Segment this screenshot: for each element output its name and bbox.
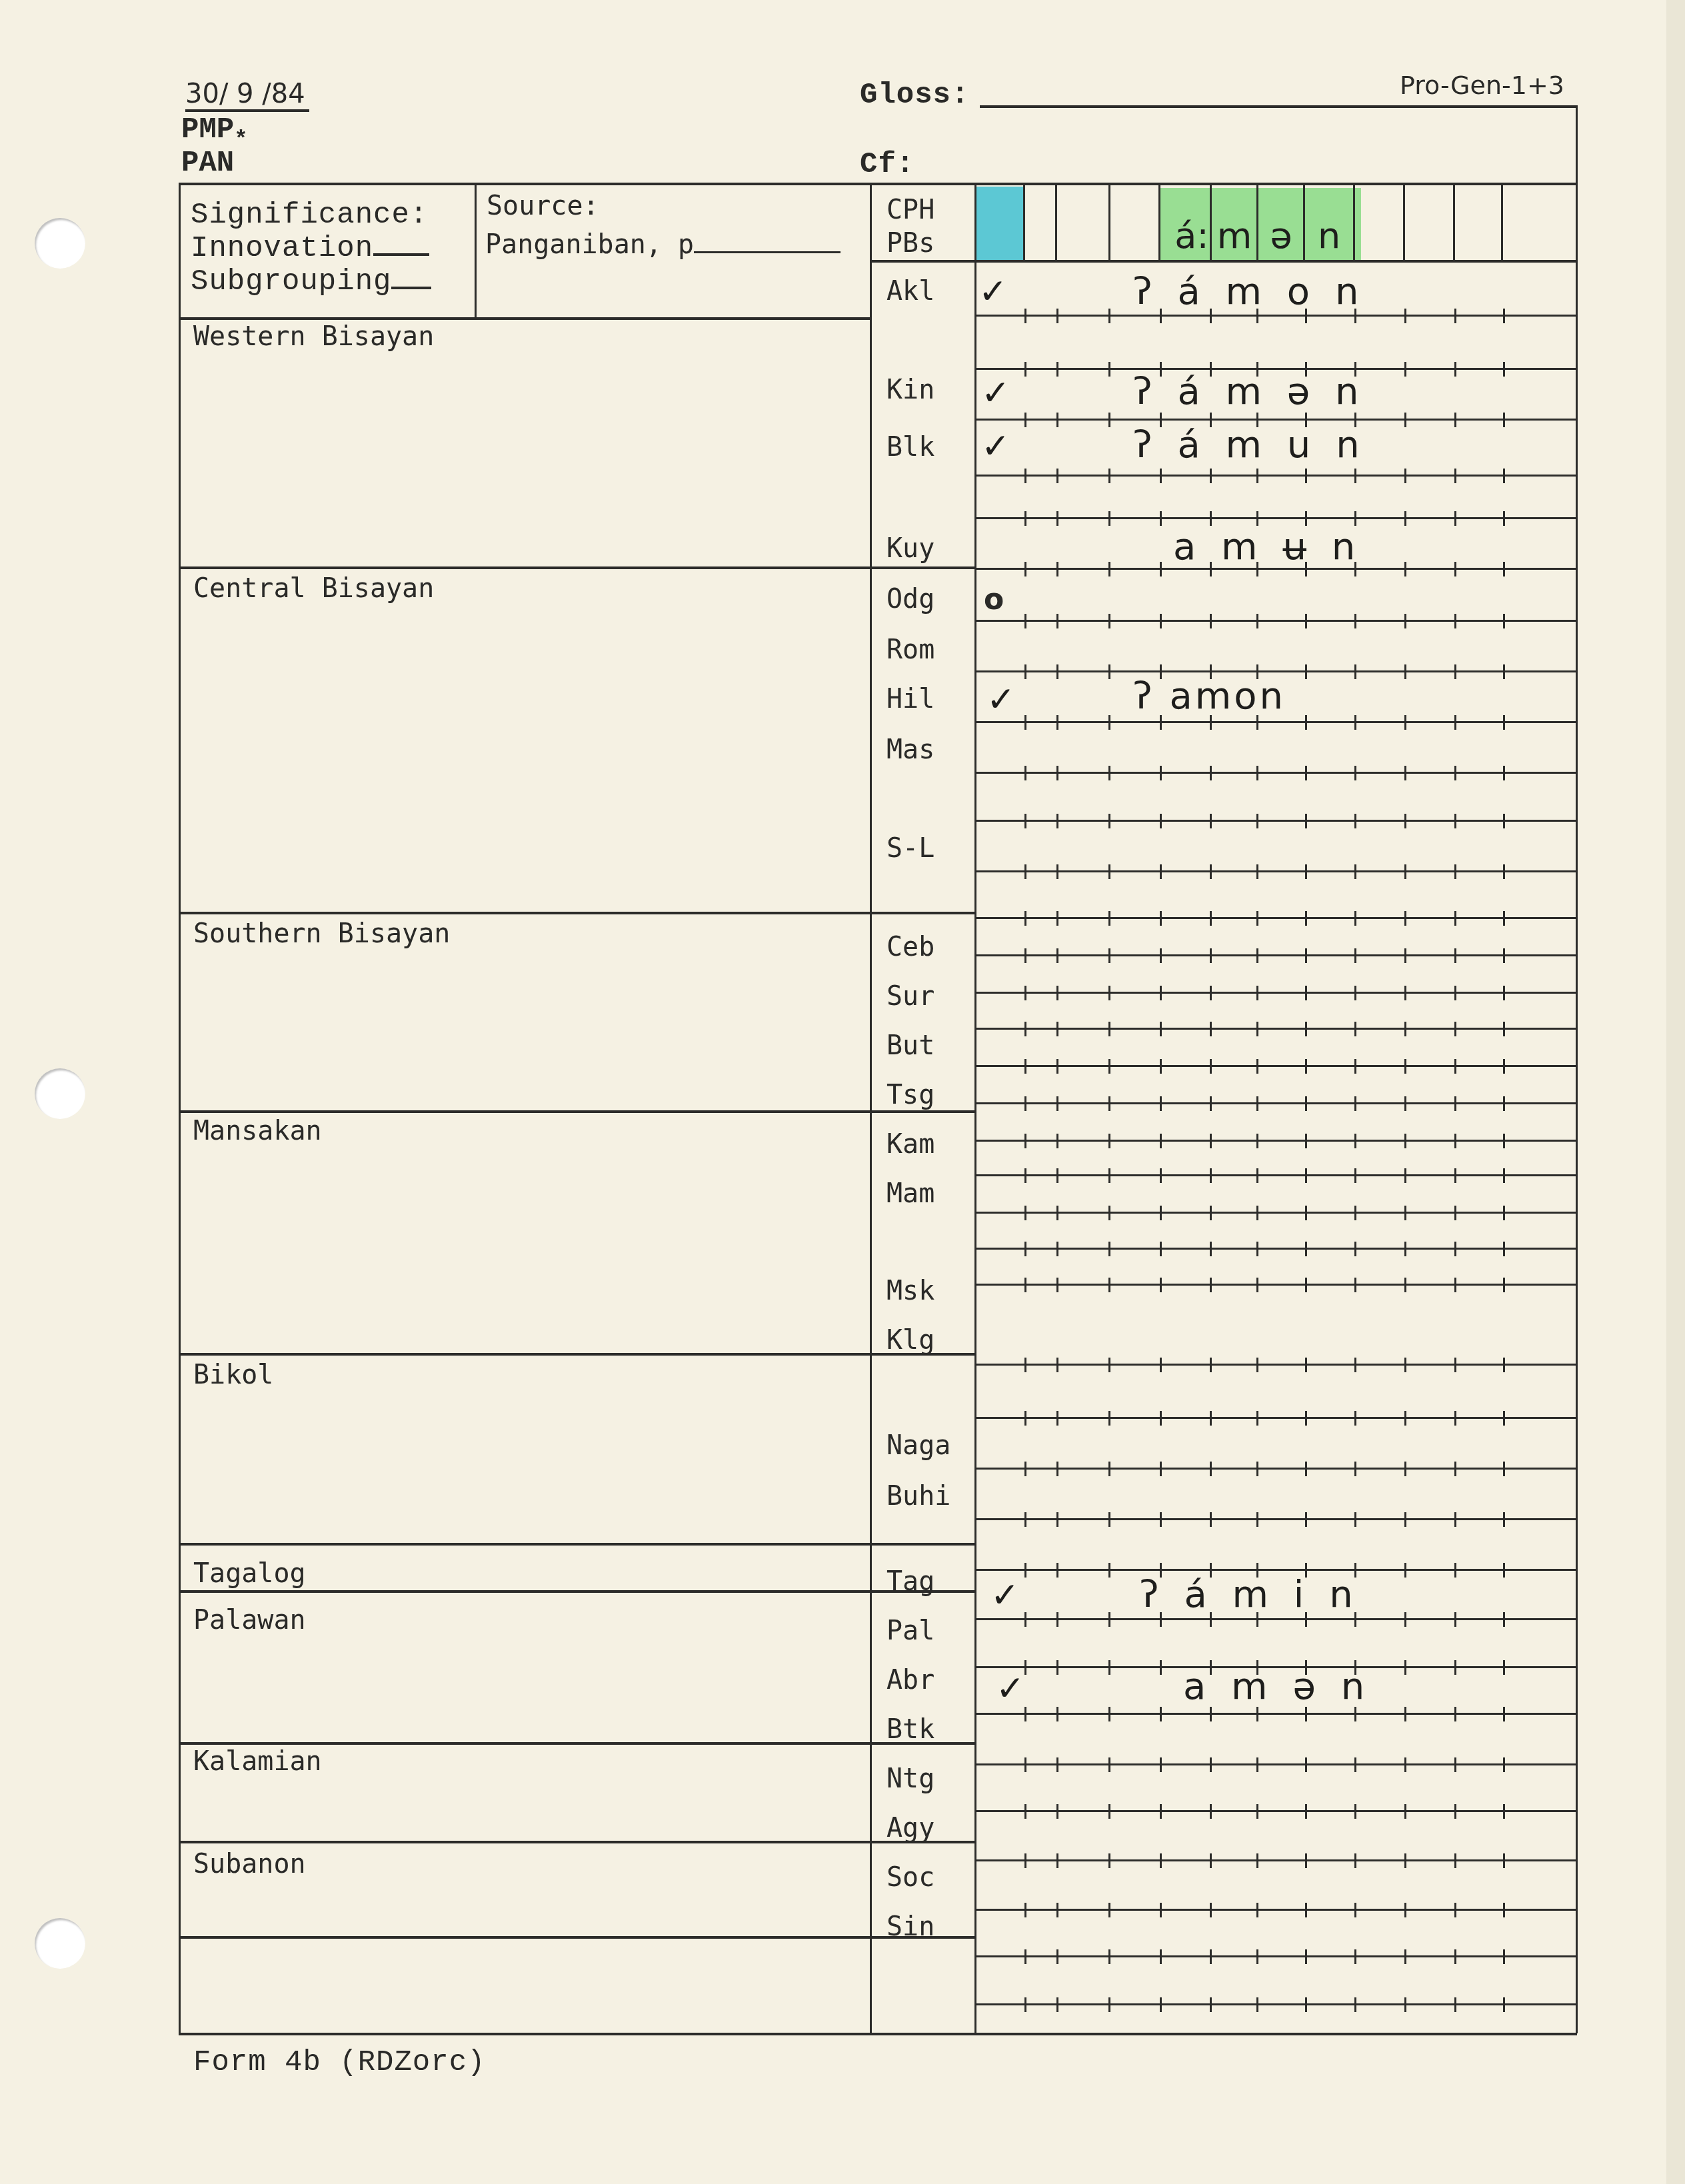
tick-mark [1404, 1853, 1406, 1868]
tick-mark [1256, 1059, 1258, 1074]
tick-mark [1305, 1997, 1307, 2012]
lang-sin: Sin [886, 1911, 934, 1942]
ruled-line[interactable] [975, 2003, 1577, 2005]
tick-mark [1454, 1462, 1456, 1476]
tick-mark [1160, 309, 1162, 323]
tick-mark [1354, 864, 1356, 879]
tick-mark [1056, 1757, 1058, 1772]
recon-cell-divider [1303, 185, 1305, 260]
tick-mark [1454, 562, 1456, 576]
lang-kuy: Kuy [886, 533, 934, 564]
tick-mark [1024, 413, 1026, 427]
tick-mark [1503, 664, 1505, 679]
tick-mark [1404, 1096, 1406, 1111]
tick-mark [1056, 309, 1058, 323]
tick-mark [1210, 1997, 1212, 2012]
tick-mark [1108, 911, 1110, 926]
tick-mark [1454, 1903, 1456, 1917]
tick-mark [1056, 1168, 1058, 1183]
tick-mark [1404, 1512, 1406, 1527]
tick-mark [1256, 1512, 1258, 1527]
lang-s-l: S-L [886, 833, 934, 864]
tick-mark [1256, 864, 1258, 879]
ruled-line-buhi[interactable] [975, 1518, 1577, 1520]
tick-mark [1210, 1411, 1212, 1426]
innovation-blank[interactable] [373, 253, 429, 256]
tick-mark [1160, 1096, 1162, 1111]
tick-mark [1160, 1660, 1162, 1675]
ruled-line-agy[interactable] [975, 1859, 1577, 1861]
tick-mark [1305, 664, 1307, 679]
ruled-line-klg[interactable] [975, 1284, 1577, 1286]
tick-mark [1160, 1022, 1162, 1036]
pbs-label: PBs [886, 227, 934, 260]
lang-soc: Soc [886, 1862, 934, 1893]
tick-mark [1404, 1707, 1406, 1721]
tick-mark [1454, 1707, 1456, 1721]
tick-mark [1056, 864, 1058, 879]
tick-mark [1503, 1022, 1505, 1036]
tick-mark [1024, 1358, 1026, 1372]
tick-mark [1354, 1059, 1356, 1074]
tick-mark [1256, 469, 1258, 483]
tick-mark [1305, 1949, 1307, 1964]
ruled-line-mas[interactable] [975, 772, 1577, 774]
tick-mark [1056, 814, 1058, 828]
tick-mark [1503, 309, 1505, 323]
tick-mark [1354, 1278, 1356, 1292]
tick-mark [1454, 1242, 1456, 1256]
ruled-line-naga[interactable] [975, 1468, 1577, 1470]
tick-mark [1024, 614, 1026, 628]
tick-mark [1108, 1096, 1110, 1111]
tick-mark [1210, 1022, 1212, 1036]
tick-mark [1305, 911, 1307, 926]
ruled-line-kin[interactable] [975, 419, 1577, 421]
ruled-line[interactable] [975, 1417, 1577, 1419]
ruled-line-hil[interactable] [975, 721, 1577, 723]
ruled-line[interactable] [975, 1102, 1577, 1104]
form-tag: ʔ á m i n [1140, 1573, 1360, 1616]
tick-mark [1404, 766, 1406, 780]
tick-mark [1160, 362, 1162, 377]
tick-mark [1454, 1411, 1456, 1426]
tick-mark [1024, 1411, 1026, 1426]
lang-msk: Msk [886, 1276, 934, 1306]
tick-mark [1108, 1903, 1110, 1917]
tick-mark [1305, 1612, 1307, 1627]
tick-mark [1404, 864, 1406, 879]
tick-mark [1404, 562, 1406, 576]
tick-mark [1210, 1512, 1212, 1527]
tick-mark [1210, 1206, 1212, 1220]
tick-mark [1404, 1660, 1406, 1675]
ruled-line-msk[interactable] [975, 1248, 1577, 1250]
tick-mark [1503, 766, 1505, 780]
tick-mark [1160, 1411, 1162, 1426]
ruled-line-ntg[interactable] [975, 1810, 1577, 1812]
lang-hil: Hil [886, 684, 934, 714]
tick-mark [1404, 469, 1406, 483]
tick-mark [1024, 1853, 1026, 1868]
tick-mark [1160, 562, 1162, 576]
ruled-line-tsg[interactable] [975, 1065, 1577, 1067]
lang-tag: Tag [886, 1566, 934, 1597]
tick-mark [1503, 1949, 1505, 1964]
innovation-label: Innovation [191, 232, 373, 265]
tick-mark [1024, 562, 1026, 576]
tick-mark [1210, 664, 1212, 679]
tick-mark [1160, 1563, 1162, 1578]
tick-mark [1503, 1242, 1505, 1256]
ruled-line[interactable] [975, 820, 1577, 822]
gloss-field[interactable] [980, 105, 1577, 108]
tick-mark [1056, 1949, 1058, 1964]
right-border [1576, 105, 1578, 2033]
tick-mark [1024, 1242, 1026, 1256]
check-hil: ✓ [986, 680, 1016, 720]
tick-mark [1256, 1757, 1258, 1772]
section-palawan: Palawan [193, 1605, 306, 1636]
tick-mark [1503, 1462, 1505, 1476]
tick-mark [1256, 1997, 1258, 2012]
tick-mark [1108, 511, 1110, 526]
tick-mark [1160, 1059, 1162, 1074]
tick-mark [1056, 911, 1058, 926]
tick-mark [1056, 1903, 1058, 1917]
tick-mark [1354, 948, 1356, 963]
ruled-line-akl[interactable] [975, 315, 1577, 317]
tick-mark [1056, 1707, 1058, 1721]
tick-mark [1404, 1949, 1406, 1964]
tick-mark [1305, 1411, 1307, 1426]
ruled-line[interactable] [975, 1212, 1577, 1214]
tick-mark [1024, 1512, 1026, 1527]
lang-buhi: Buhi [886, 1481, 950, 1512]
frame-top-line [179, 183, 1577, 185]
tick-mark [1024, 766, 1026, 780]
tick-mark [1404, 715, 1406, 730]
lang-akl: Akl [886, 276, 934, 307]
tick-mark [1210, 309, 1212, 323]
tick-mark [1305, 766, 1307, 780]
tick-mark [1503, 1903, 1505, 1917]
tick-mark [1354, 562, 1356, 576]
tick-mark [1210, 1278, 1212, 1292]
tick-mark [1056, 1096, 1058, 1111]
tick-mark [1454, 1206, 1456, 1220]
source-value: Panganiban, p [485, 229, 694, 260]
tick-mark [1024, 948, 1026, 963]
tick-mark [1354, 1612, 1356, 1627]
tick-mark [1305, 413, 1307, 427]
tick-mark [1024, 1462, 1026, 1476]
tick-mark [1210, 469, 1212, 483]
tick-mark [1256, 614, 1258, 628]
tick-mark [1024, 864, 1026, 879]
lang-odg: Odg [886, 584, 934, 614]
ruled-line[interactable] [975, 917, 1577, 919]
tick-mark [1256, 948, 1258, 963]
tick-mark [1108, 948, 1110, 963]
section-kalamian: Kalamian [193, 1746, 322, 1777]
lang-ntg: Ntg [886, 1763, 934, 1794]
ruled-line-but[interactable] [975, 1028, 1577, 1030]
ruled-line-sin[interactable] [975, 1955, 1577, 1957]
tick-mark [1160, 911, 1162, 926]
form-kuy: a m ʉ n [1173, 525, 1362, 568]
tick-mark [1404, 1242, 1406, 1256]
tick-mark [1024, 911, 1026, 926]
tick-mark [1024, 1757, 1026, 1772]
recon-cell-divider [1108, 185, 1110, 260]
tick-mark [1503, 469, 1505, 483]
tick-mark [1210, 1853, 1212, 1868]
section-divider [179, 1110, 975, 1113]
tick-mark [1354, 664, 1356, 679]
tick-mark [1160, 1242, 1162, 1256]
subgrouping-blank[interactable] [391, 287, 431, 289]
tick-mark [1210, 1903, 1212, 1917]
tick-mark [1503, 1206, 1505, 1220]
tick-mark [1024, 986, 1026, 1000]
tick-mark [1024, 1022, 1026, 1036]
tick-mark [1404, 1358, 1406, 1372]
tick-mark [1256, 1022, 1258, 1036]
tick-mark [1108, 413, 1110, 427]
tick-mark [1503, 1612, 1505, 1627]
tick-mark [1256, 766, 1258, 780]
tick-mark [1454, 362, 1456, 377]
tick-mark [1256, 1903, 1258, 1917]
tick-mark [1454, 986, 1456, 1000]
tick-mark [1454, 1059, 1456, 1074]
form-blk: ʔ á m u n [1133, 423, 1366, 467]
tick-mark [1354, 1949, 1356, 1964]
tick-mark [1024, 1707, 1026, 1721]
tick-mark [1354, 1903, 1356, 1917]
tick-mark [1503, 986, 1505, 1000]
tick-mark [1160, 1278, 1162, 1292]
tick-mark [1354, 1411, 1356, 1426]
tick-mark [1160, 1949, 1162, 1964]
tick-mark [1108, 1059, 1110, 1074]
mark-odg: o [984, 582, 1004, 616]
tick-mark [1056, 1206, 1058, 1220]
tick-mark [1210, 1707, 1212, 1721]
tick-mark [1354, 309, 1356, 323]
innovation-field[interactable]: Innovation [191, 232, 431, 265]
tick-mark [1160, 664, 1162, 679]
frame-bottom-line [179, 2033, 1577, 2035]
tick-mark [1024, 1096, 1026, 1111]
tick-mark [1305, 309, 1307, 323]
tick-mark [1503, 1997, 1505, 2012]
tick-mark [1024, 1997, 1026, 2012]
tick-mark [1160, 469, 1162, 483]
ruled-line-btk[interactable] [975, 1763, 1577, 1765]
tick-mark [1354, 1660, 1356, 1675]
tick-mark [1024, 715, 1026, 730]
tick-mark [1305, 1660, 1307, 1675]
tick-mark [1056, 1242, 1058, 1256]
tick-mark [1056, 1804, 1058, 1819]
tick-mark [1305, 864, 1307, 879]
lang-kin: Kin [886, 375, 934, 405]
tick-mark [1024, 1563, 1026, 1578]
section-divider [179, 1543, 975, 1546]
tick-mark [1305, 1358, 1307, 1372]
source-field[interactable]: Panganiban, p [485, 229, 841, 260]
tick-mark [1256, 1660, 1258, 1675]
tick-mark [1108, 1411, 1110, 1426]
recon-cell-divider [1353, 185, 1355, 260]
tick-mark [1210, 1563, 1212, 1578]
tick-mark [1305, 362, 1307, 377]
proto-pmp-label: PMP [181, 113, 234, 147]
recon-cell-divider [1256, 185, 1258, 260]
tick-mark [1503, 1096, 1505, 1111]
tick-mark [1503, 715, 1505, 730]
tick-mark [1160, 1707, 1162, 1721]
tick-mark [1210, 1949, 1212, 1964]
tick-mark [1210, 948, 1212, 963]
tick-mark [1256, 1278, 1258, 1292]
tick-mark [1056, 1278, 1058, 1292]
tick-mark [1108, 1660, 1110, 1675]
tick-mark [1454, 1096, 1456, 1111]
tick-mark [1056, 511, 1058, 526]
tick-mark [1160, 511, 1162, 526]
ruled-line-rom[interactable] [975, 670, 1577, 672]
tick-mark [1256, 1563, 1258, 1578]
proto-pan: PAN [181, 147, 234, 180]
tick-mark [1305, 1059, 1307, 1074]
tick-mark [1108, 1134, 1110, 1148]
tick-mark [1256, 1242, 1258, 1256]
tick-mark [1256, 1804, 1258, 1819]
ruled-line-soc[interactable] [975, 1909, 1577, 1911]
tick-mark [1354, 469, 1356, 483]
tick-mark [1454, 1563, 1456, 1578]
tick-mark [1256, 413, 1258, 427]
section-southern-bisayan: Southern Bisayan [193, 918, 450, 949]
tick-mark [1503, 814, 1505, 828]
ruled-line-kam[interactable] [975, 1140, 1577, 1142]
check-abr: ✓ [996, 1669, 1025, 1709]
ruled-line-blk[interactable] [975, 475, 1577, 477]
ruled-line-abr[interactable] [975, 1713, 1577, 1715]
tick-mark [1454, 1358, 1456, 1372]
tick-mark [1256, 664, 1258, 679]
tick-mark [1256, 1707, 1258, 1721]
tick-mark [1404, 1462, 1406, 1476]
recon-cell-divider [1403, 185, 1405, 260]
form-akl: ʔ á m o n [1133, 270, 1365, 313]
recon-segment-1: á: [1165, 215, 1218, 257]
ruled-line-mam[interactable] [975, 1174, 1577, 1176]
tick-mark [1108, 309, 1110, 323]
ruled-line-s-l[interactable] [975, 870, 1577, 872]
tick-mark [1160, 986, 1162, 1000]
tick-mark [1404, 1206, 1406, 1220]
gloss-annotation: Pro-Gen-1+3 [1400, 71, 1564, 100]
tick-mark [1160, 948, 1162, 963]
tick-mark [1108, 1853, 1110, 1868]
tick-mark [1160, 715, 1162, 730]
tick-mark [1024, 1949, 1026, 1964]
lang-klg: Klg [886, 1325, 934, 1356]
tick-mark [1210, 1804, 1212, 1819]
ruled-line[interactable] [975, 517, 1577, 519]
tick-mark [1305, 1903, 1307, 1917]
ruled-line-ceb[interactable] [975, 954, 1577, 956]
tick-mark [1160, 1757, 1162, 1772]
tick-mark [1024, 1168, 1026, 1183]
tick-mark [1305, 1278, 1307, 1292]
tick-mark [1305, 1853, 1307, 1868]
tick-mark [1210, 1096, 1212, 1111]
tick-mark [1024, 814, 1026, 828]
lang-pal: Pal [886, 1616, 934, 1646]
section-western-bisayan: Western Bisayan [193, 321, 434, 352]
tick-mark [1108, 1563, 1110, 1578]
tick-mark [1454, 1134, 1456, 1148]
subgrouping-field[interactable]: Subgrouping [191, 265, 431, 299]
tick-mark [1503, 413, 1505, 427]
tick-mark [1404, 1804, 1406, 1819]
check-blk: ✓ [981, 427, 1010, 467]
tick-mark [1160, 1168, 1162, 1183]
tick-mark [1210, 1757, 1212, 1772]
cph-label: CPH [886, 193, 934, 227]
significance-bottom-line [179, 317, 872, 320]
tick-mark [1404, 948, 1406, 963]
ruled-line-sur[interactable] [975, 992, 1577, 994]
tick-mark [1305, 1462, 1307, 1476]
tick-mark [1354, 1853, 1356, 1868]
tick-mark [1454, 1660, 1456, 1675]
tick-mark [1210, 864, 1212, 879]
ruled-line-odg[interactable] [975, 620, 1577, 622]
ruled-line[interactable] [975, 1364, 1577, 1366]
tick-mark [1256, 911, 1258, 926]
section-divider [179, 1841, 975, 1843]
tick-mark [1503, 614, 1505, 628]
tick-mark [1404, 1903, 1406, 1917]
recon-segment-4: n [1308, 215, 1350, 257]
tick-mark [1108, 814, 1110, 828]
tick-mark [1503, 1804, 1505, 1819]
binder-hole-middle [35, 1068, 85, 1119]
ruled-line-tag[interactable] [975, 1618, 1577, 1620]
tick-mark [1354, 1168, 1356, 1183]
tick-mark [1404, 362, 1406, 377]
tick-mark [1160, 1462, 1162, 1476]
tick-mark [1024, 309, 1026, 323]
tick-mark [1404, 986, 1406, 1000]
tick-mark [1160, 1358, 1162, 1372]
tick-mark [1056, 469, 1058, 483]
gloss-label: Gloss: [860, 79, 969, 112]
tick-mark [1404, 1278, 1406, 1292]
section-divider [179, 912, 975, 914]
lang-agy: Agy [886, 1813, 934, 1843]
significance-title: Significance: [191, 199, 431, 232]
tick-mark [1210, 1059, 1212, 1074]
ruled-line[interactable] [975, 1569, 1577, 1571]
lang-rom: Rom [886, 634, 934, 665]
